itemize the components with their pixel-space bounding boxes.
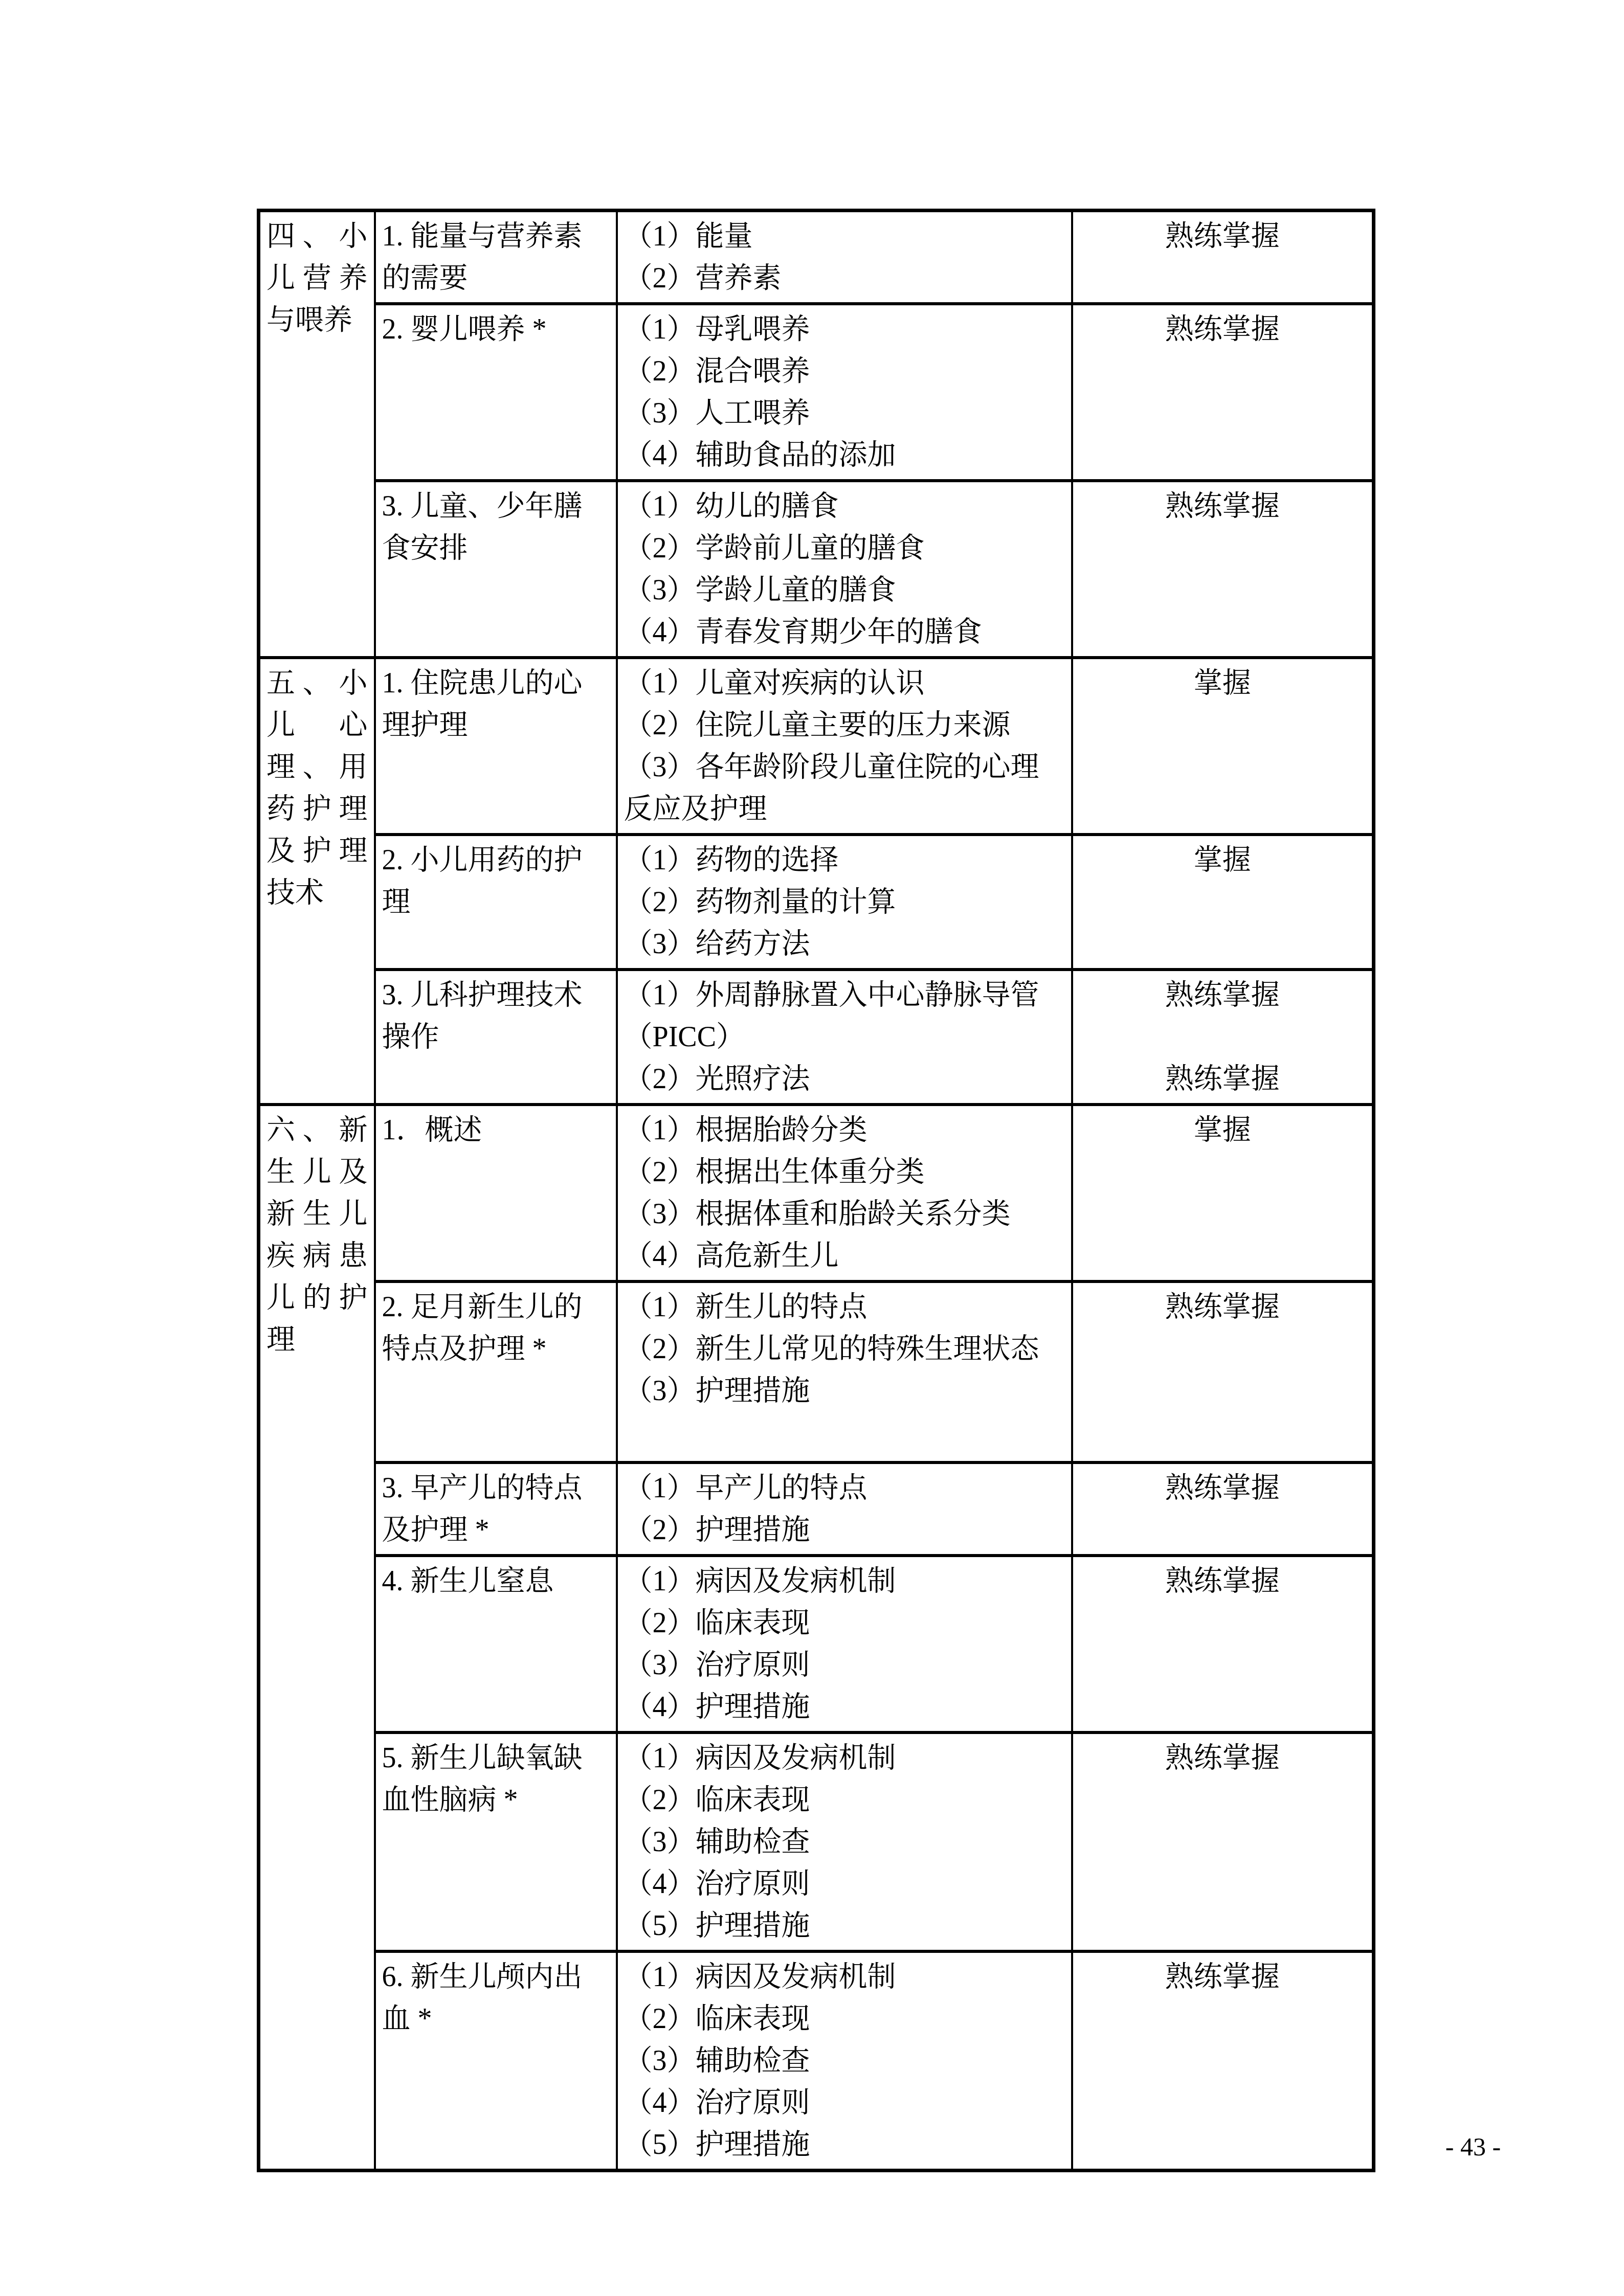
topic-cell: 2. 小儿用药的护理 xyxy=(375,835,617,970)
training-outline-table: 四、小儿营养与喂养 1. 能量与营养素的需要 （1）能量 （2）营养素 熟练掌握… xyxy=(257,209,1375,2172)
table-container: 四、小儿营养与喂养 1. 能量与营养素的需要 （1）能量 （2）营养素 熟练掌握… xyxy=(257,209,1375,2172)
detail-item: （3）给药方法 xyxy=(624,923,1065,965)
detail-item: （1）早产儿的特点 xyxy=(624,1467,1065,1509)
detail-item: （5）护理措施 xyxy=(624,1905,1065,1947)
detail-item: （1）母乳喂养 xyxy=(624,308,1065,350)
details-cell: （1）病因及发病机制 （2）临床表现 （3）治疗原则 （4）护理措施 xyxy=(617,1556,1072,1732)
detail-item: （3）根据体重和胎龄关系分类 xyxy=(624,1193,1065,1235)
detail-item: （2）住院儿童主要的压力来源 xyxy=(624,704,1065,746)
detail-item: （2）营养素 xyxy=(624,257,1065,299)
topic-cell: 1. 住院患儿的心理护理 xyxy=(375,658,617,835)
topic-cell: 3. 儿童、少年膳食安排 xyxy=(375,481,617,658)
table-row: 五、小儿心理、用药护理及护理技术 1. 住院患儿的心理护理 （1）儿童对疾病的认… xyxy=(259,658,1374,835)
detail-item: （4）青春发育期少年的膳食 xyxy=(624,611,1065,653)
detail-item: （2）学龄前儿童的膳食 xyxy=(624,527,1065,569)
detail-item: （1）根据胎龄分类 xyxy=(624,1109,1065,1151)
detail-item: （3）各年龄阶段儿童住院的心理反应及护理 xyxy=(624,746,1065,830)
topic-cell: 5. 新生儿缺氧缺血性脑病 * xyxy=(375,1732,617,1951)
detail-item: （3）学龄儿童的膳食 xyxy=(624,569,1065,611)
detail-item: （1）病因及发病机制 xyxy=(624,1560,1065,1602)
detail-item: （2）护理措施 xyxy=(624,1509,1065,1551)
detail-item: （1）病因及发病机制 xyxy=(624,1956,1065,1998)
details-cell: （1）幼儿的膳食 （2）学龄前儿童的膳食 （3）学龄儿童的膳食 （4）青春发育期… xyxy=(617,481,1072,658)
detail-item: （1）药物的选择 xyxy=(624,839,1065,881)
detail-item: （4）治疗原则 xyxy=(624,1863,1065,1905)
detail-item: （2）药物剂量的计算 xyxy=(624,881,1065,923)
mastery-cell: 掌握 xyxy=(1072,658,1374,835)
mastery-cell: 熟练掌握 xyxy=(1072,481,1374,658)
table-row: 2. 婴儿喂养 * （1）母乳喂养 （2）混合喂养 （3）人工喂养 （4）辅助食… xyxy=(259,304,1374,481)
mastery-cell: 熟练掌握 xyxy=(1072,1281,1374,1462)
detail-item: （2）光照疗法 xyxy=(624,1058,1065,1100)
details-cell: （1）新生儿的特点 （2）新生儿常见的特殊生理状态 （3）护理措施 xyxy=(617,1281,1072,1462)
detail-item: （3）人工喂养 xyxy=(624,392,1065,434)
topic-cell: 2. 足月新生儿的特点及护理 * xyxy=(375,1281,617,1462)
mastery-cell: 熟练掌握 xyxy=(1072,1556,1374,1732)
topic-cell: 1. 能量与营养素的需要 xyxy=(375,211,617,304)
details-cell: （1）病因及发病机制 （2）临床表现 （3）辅助检查 （4）治疗原则 （5）护理… xyxy=(617,1951,1072,2171)
mastery-cell: 熟练掌握 xyxy=(1072,1951,1374,2171)
table-row: 六、新生儿及新生儿疾病患儿的护理 1．概述 （1）根据胎龄分类 （2）根据出生体… xyxy=(259,1105,1374,1281)
document-page: 四、小儿营养与喂养 1. 能量与营养素的需要 （1）能量 （2）营养素 熟练掌握… xyxy=(0,0,1624,2296)
topic-cell: 3. 早产儿的特点及护理 * xyxy=(375,1462,617,1556)
detail-item: （1）儿童对疾病的认识 xyxy=(624,662,1065,704)
detail-item: （3）辅助检查 xyxy=(624,2040,1065,2082)
topic-cell: 4. 新生儿窒息 xyxy=(375,1556,617,1732)
details-cell: （1）病因及发病机制 （2）临床表现 （3）辅助检查 （4）治疗原则 （5）护理… xyxy=(617,1732,1072,1951)
mastery-cell: 掌握 xyxy=(1072,1105,1374,1281)
topic-cell: 6. 新生儿颅内出血 * xyxy=(375,1951,617,2171)
detail-item: （2）混合喂养 xyxy=(624,350,1065,392)
table-row: 6. 新生儿颅内出血 * （1）病因及发病机制 （2）临床表现 （3）辅助检查 … xyxy=(259,1951,1374,2171)
detail-item: （3）辅助检查 xyxy=(624,1821,1065,1863)
table-row: 2. 小儿用药的护理 （1）药物的选择 （2）药物剂量的计算 （3）给药方法 掌… xyxy=(259,835,1374,970)
detail-item: （4）辅助食品的添加 xyxy=(624,434,1065,476)
category-cell: 四、小儿营养与喂养 xyxy=(259,211,375,658)
mastery-label: 熟练掌握 xyxy=(1079,974,1366,1016)
page-number: - 43 - xyxy=(1417,2131,1529,2162)
details-cell: （1）药物的选择 （2）药物剂量的计算 （3）给药方法 xyxy=(617,835,1072,970)
table-row: 四、小儿营养与喂养 1. 能量与营养素的需要 （1）能量 （2）营养素 熟练掌握 xyxy=(259,211,1374,304)
table-row: 5. 新生儿缺氧缺血性脑病 * （1）病因及发病机制 （2）临床表现 （3）辅助… xyxy=(259,1732,1374,1951)
detail-item: （1）幼儿的膳食 xyxy=(624,485,1065,527)
topic-cell: 3. 儿科护理技术操作 xyxy=(375,970,617,1105)
detail-item: （2）临床表现 xyxy=(624,1998,1065,2040)
detail-item: （4）护理措施 xyxy=(624,1686,1065,1728)
detail-item: （1）外周静脉置入中心静脉导管（PICC） xyxy=(624,974,1065,1058)
table-row: 3. 早产儿的特点及护理 * （1）早产儿的特点 （2）护理措施 熟练掌握 xyxy=(259,1462,1374,1556)
category-cell: 六、新生儿及新生儿疾病患儿的护理 xyxy=(259,1105,375,2171)
mastery-cell: 熟练掌握 xyxy=(1072,211,1374,304)
detail-item: （1）新生儿的特点 xyxy=(624,1286,1065,1328)
details-cell: （1）能量 （2）营养素 xyxy=(617,211,1072,304)
mastery-cell: 熟练掌握 xyxy=(1072,1462,1374,1556)
detail-item: （1）能量 xyxy=(624,215,1065,257)
detail-item: （1）病因及发病机制 xyxy=(624,1737,1065,1779)
topic-cell: 1．概述 xyxy=(375,1105,617,1281)
detail-item: （4）治疗原则 xyxy=(624,2082,1065,2124)
mastery-cell: 掌握 xyxy=(1072,835,1374,970)
detail-item: （2）临床表现 xyxy=(624,1602,1065,1644)
details-cell: （1）母乳喂养 （2）混合喂养 （3）人工喂养 （4）辅助食品的添加 xyxy=(617,304,1072,481)
mastery-cell: 熟练掌握 熟练掌握 xyxy=(1072,970,1374,1105)
details-cell: （1）根据胎龄分类 （2）根据出生体重分类 （3）根据体重和胎龄关系分类 （4）… xyxy=(617,1105,1072,1281)
details-cell: （1）外周静脉置入中心静脉导管（PICC） （2）光照疗法 xyxy=(617,970,1072,1105)
detail-item: （2）新生儿常见的特殊生理状态 xyxy=(624,1328,1065,1370)
detail-item: （3）护理措施 xyxy=(624,1370,1065,1412)
detail-item: （5）护理措施 xyxy=(624,2124,1065,2166)
details-cell: （1）儿童对疾病的认识 （2）住院儿童主要的压力来源 （3）各年龄阶段儿童住院的… xyxy=(617,658,1072,835)
detail-item: （4）高危新生儿 xyxy=(624,1235,1065,1277)
category-cell: 五、小儿心理、用药护理及护理技术 xyxy=(259,658,375,1105)
table-row: 4. 新生儿窒息 （1）病因及发病机制 （2）临床表现 （3）治疗原则 （4）护… xyxy=(259,1556,1374,1732)
table-row: 3. 儿科护理技术操作 （1）外周静脉置入中心静脉导管（PICC） （2）光照疗… xyxy=(259,970,1374,1105)
detail-item: （2）临床表现 xyxy=(624,1779,1065,1821)
detail-item: （3）治疗原则 xyxy=(624,1644,1065,1686)
detail-item: （2）根据出生体重分类 xyxy=(624,1151,1065,1193)
table-row: 2. 足月新生儿的特点及护理 * （1）新生儿的特点 （2）新生儿常见的特殊生理… xyxy=(259,1281,1374,1462)
details-cell: （1）早产儿的特点 （2）护理措施 xyxy=(617,1462,1072,1556)
mastery-cell: 熟练掌握 xyxy=(1072,304,1374,481)
topic-cell: 2. 婴儿喂养 * xyxy=(375,304,617,481)
mastery-label: 熟练掌握 xyxy=(1079,1058,1366,1100)
table-row: 3. 儿童、少年膳食安排 （1）幼儿的膳食 （2）学龄前儿童的膳食 （3）学龄儿… xyxy=(259,481,1374,658)
mastery-cell: 熟练掌握 xyxy=(1072,1732,1374,1951)
